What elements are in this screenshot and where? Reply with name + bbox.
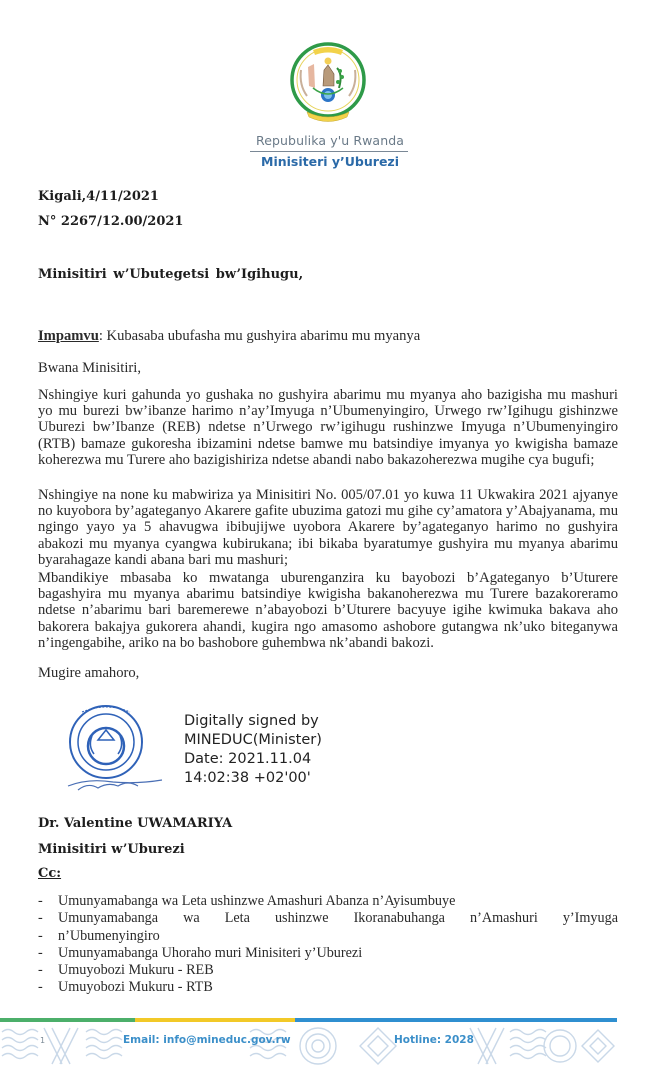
cc-label: Cc: [38,866,61,881]
subject-label: Impamvu [38,328,99,344]
letterhead: Repubulika y'u Rwanda Minisiteri y’Ubure… [0,0,655,180]
footer-email: Email: info@mineduc.gov.rw [123,1034,291,1046]
rwanda-coat-of-arms-icon [287,40,369,126]
subject-text: : Kubasaba ubufasha mu gushyira abarimu … [99,328,420,344]
ministry-stamp-icon [58,700,168,795]
cc-item: Umunyamabanga wa Leta ushinzwe Ikoranabu… [38,910,618,927]
body-paragraph: Mbandikiye mbasaba ko mwatanga uburengan… [38,570,618,651]
letterhead-divider [250,151,408,152]
ministry-name: Minisiteri y’Uburezi [240,154,420,169]
digital-signature: Digitally signed by MINEDUC(Minister) Da… [184,712,322,788]
place-date: Kigali,4/11/2021 [38,189,159,204]
cc-item: Umunyamabanga wa Leta ushinzwe Amashuri … [38,893,618,910]
salutation: Bwana Minisitiri, [38,360,618,376]
cc-item: Umuyobozi Mukuru - RTB [38,979,618,996]
cc-item: Umuyobozi Mukuru - REB [38,962,618,979]
reference-number: N° 2267/12.00/2021 [38,214,183,229]
closing: Mugire amahoro, [38,665,618,681]
signatory-title: Minisitiri w’Uburezi [38,842,185,857]
recipient: Minisitiri w’Ubutegetsi bw’Igihugu, [38,267,303,282]
signatory-name: Dr. Valentine UWAMARIYA [38,816,232,831]
footer-hotline: Hotline: 2028 [394,1034,474,1046]
footer [0,1018,655,1080]
body-paragraph: Nshingiye na none ku mabwiriza ya Minisi… [38,487,618,568]
country-name: Repubulika y'u Rwanda [240,133,420,148]
body-paragraph: Nshingiye kuri gahunda yo gushaka no gus… [38,387,618,468]
cc-list: Umunyamabanga wa Leta ushinzwe Amashuri … [38,893,618,997]
footer-bar-green [0,1018,135,1022]
footer-bar-yellow [135,1018,295,1022]
cc-item-continuation: n’Ubumenyingiro [38,928,618,945]
imigongo-pattern-icon [0,1024,620,1070]
footer-bar-blue [295,1018,617,1022]
page-number: 1 [40,1036,45,1045]
cc-item: Umunyamabanga Uhoraho muri Minisiteri y’… [38,945,618,962]
subject-line: Impamvu: Kubasaba ubufasha mu gushyira a… [38,328,618,344]
